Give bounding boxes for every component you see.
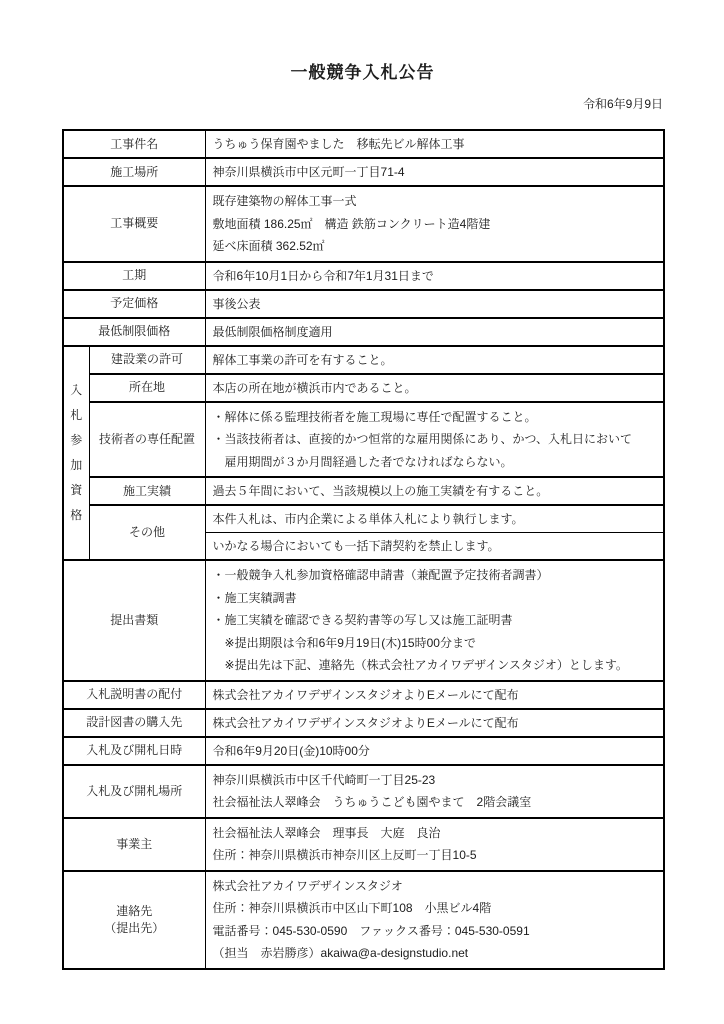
row-value: ・解体に係る監理技術者を施工現場に専任で配置すること。 ・当該技術者は、直接的か… [205,402,664,478]
page-title: 一般競争入札公告 [62,0,663,83]
table-row-qualification-license: 入札参加資格 建設業の許可 解体工事業の許可を有すること。 [63,346,664,374]
row-label: 入札説明書の配付 [63,681,205,709]
row-label: 工事件名 [63,130,205,158]
row-label: 入札及び開札日時 [63,737,205,765]
document-sheet: 一般競争入札公告 令和6年9月9日 工事件名 うちゅう保育園やました 移転先ビル… [62,0,663,970]
row-value: 神奈川県横浜市中区千代崎町一丁目25-23 社会福祉法人翠峰会 うちゅうこども園… [205,765,664,818]
row-label: 設計図書の購入先 [63,709,205,737]
contact-line: 住所：神奈川県横浜市中区山下町108 小黒ビル4階 [213,897,658,920]
table-row-design-doc: 設計図書の購入先 株式会社アカイワデザインスタジオよりEメールにて配布 [63,709,664,737]
row-value: 株式会社アカイワデザインスタジオよりEメールにて配布 [205,709,664,737]
row-label: 工期 [63,262,205,290]
row-label: 施工場所 [63,158,205,186]
row-value: 事後公表 [205,290,664,318]
owner-line: 社会福祉法人翠峰会 理事長 大庭 良治 [213,822,658,845]
row-label: 技術者の専任配置 [89,402,205,478]
row-value: 株式会社アカイワデザインスタジオよりEメールにて配布 [205,681,664,709]
documents-line: ・施工実績を確認できる契約書等の写し又は施工証明書 [213,609,658,632]
row-label: 施工実績 [89,477,205,505]
row-label: その他 [89,505,205,560]
engineer-line: ・解体に係る監理技術者を施工現場に専任で配置すること。 [213,406,658,429]
table-row-minimum-price: 最低制限価格 最低制限価格制度適用 [63,318,664,346]
row-value: 株式会社アカイワデザインスタジオ 住所：神奈川県横浜市中区山下町108 小黒ビル… [205,871,664,969]
row-value: いかなる場合においても一括下請契約を禁止します。 [205,533,664,561]
row-label: 予定価格 [63,290,205,318]
contact-line: 株式会社アカイワデザインスタジオ [213,875,658,898]
row-value: ・一般競争入札参加資格確認申請書（兼配置予定技術者調書） ・施工実績調書 ・施工… [205,560,664,681]
documents-line: ・施工実績調書 [213,587,658,610]
documents-line: ※提出先は下記、連絡先（株式会社アカイワデザインスタジオ）とします。 [213,654,658,677]
table-row-qualification-head-office: 所在地 本店の所在地が横浜市内であること。 [63,374,664,402]
bid-notice-page: { "page": { "title": "一般競争入札公告", "date":… [0,0,724,1024]
table-row-owner: 事業主 社会福祉法人翠峰会 理事長 大庭 良治 住所：神奈川県横浜市神奈川区上反… [63,818,664,871]
contact-label-line: （提出先） [66,920,203,937]
overview-line: 延べ床面積 362.52㎡ [213,235,658,258]
table-row-qualification-record: 施工実績 過去５年間において、当該規模以上の施工実績を有すること。 [63,477,664,505]
row-value: 本店の所在地が横浜市内であること。 [205,374,664,402]
table-row-qualification-other-1: その他 本件入札は、市内企業による単体入札により執行します。 [63,505,664,533]
table-row-bid-datetime: 入札及び開札日時 令和6年9月20日(金)10時00分 [63,737,664,765]
row-label: 連絡先 （提出先） [63,871,205,969]
bid-place-line: 神奈川県横浜市中区千代崎町一丁目25-23 [213,769,658,792]
issue-date: 令和6年9月9日 [62,95,663,112]
engineer-line: 雇用期間が３か月間経過した者でなければならない。 [213,451,658,474]
row-label: 建設業の許可 [89,346,205,374]
row-label: 所在地 [89,374,205,402]
table-row-contact: 連絡先 （提出先） 株式会社アカイワデザインスタジオ 住所：神奈川県横浜市中区山… [63,871,664,969]
row-value: 神奈川県横浜市中区元町一丁目71-4 [205,158,664,186]
overview-line: 敷地面積 186.25㎡ 構造 鉄筋コンクリート造4階建 [213,213,658,236]
table-row-documents: 提出書類 ・一般競争入札参加資格確認申請書（兼配置予定技術者調書） ・施工実績調… [63,560,664,681]
table-row-period: 工期 令和6年10月1日から令和7年1月31日まで [63,262,664,290]
row-label: 最低制限価格 [63,318,205,346]
contact-line: 電話番号：045-530-0590 ファックス番号：045-530-0591 [213,920,658,943]
row-value: 令和6年9月20日(金)10時00分 [205,737,664,765]
table-row-qualification-engineer: 技術者の専任配置 ・解体に係る監理技術者を施工現場に専任で配置すること。 ・当該… [63,402,664,478]
table-row-planned-price: 予定価格 事後公表 [63,290,664,318]
row-value: 既存建築物の解体工事一式 敷地面積 186.25㎡ 構造 鉄筋コンクリート造4階… [205,186,664,262]
table-row-project-name: 工事件名 うちゅう保育園やました 移転先ビル解体工事 [63,130,664,158]
row-value: 解体工事業の許可を有すること。 [205,346,664,374]
contact-line: （担当 赤岩勝彦）akaiwa@a-designstudio.net [213,942,658,965]
bid-place-line: 社会福祉法人翠峰会 うちゅうこども園やまて 2階会議室 [213,791,658,814]
row-label: 入札及び開札場所 [63,765,205,818]
vertical-label-text: 入札参加資格 [70,378,83,528]
row-value: 本件入札は、市内企業による単体入札により執行します。 [205,505,664,533]
row-value: 過去５年間において、当該規模以上の施工実績を有すること。 [205,477,664,505]
overview-line: 既存建築物の解体工事一式 [213,190,658,213]
owner-line: 住所：神奈川県横浜市神奈川区上反町一丁目10-5 [213,844,658,867]
table-row-bid-place: 入札及び開札場所 神奈川県横浜市中区千代崎町一丁目25-23 社会福祉法人翠峰会… [63,765,664,818]
table-row-explanation-doc: 入札説明書の配付 株式会社アカイワデザインスタジオよりEメールにて配布 [63,681,664,709]
engineer-line: ・当該技術者は、直接的かつ恒常的な雇用関係にあり、かつ、入札日において [213,428,658,451]
table-row-location: 施工場所 神奈川県横浜市中区元町一丁目71-4 [63,158,664,186]
documents-line: ※提出期限は令和6年9月19日(木)15時00分まで [213,632,658,655]
row-value: 最低制限価格制度適用 [205,318,664,346]
row-label: 工事概要 [63,186,205,262]
row-label: 事業主 [63,818,205,871]
row-value: うちゅう保育園やました 移転先ビル解体工事 [205,130,664,158]
contact-label-line: 連絡先 [66,903,203,920]
qualification-group-label: 入札参加資格 [63,346,89,561]
table-row-overview: 工事概要 既存建築物の解体工事一式 敷地面積 186.25㎡ 構造 鉄筋コンクリ… [63,186,664,262]
row-label: 提出書類 [63,560,205,681]
row-value: 社会福祉法人翠峰会 理事長 大庭 良治 住所：神奈川県横浜市神奈川区上反町一丁目… [205,818,664,871]
row-value: 令和6年10月1日から令和7年1月31日まで [205,262,664,290]
notice-table: 工事件名 うちゅう保育園やました 移転先ビル解体工事 施工場所 神奈川県横浜市中… [62,129,665,970]
documents-line: ・一般競争入札参加資格確認申請書（兼配置予定技術者調書） [213,564,658,587]
